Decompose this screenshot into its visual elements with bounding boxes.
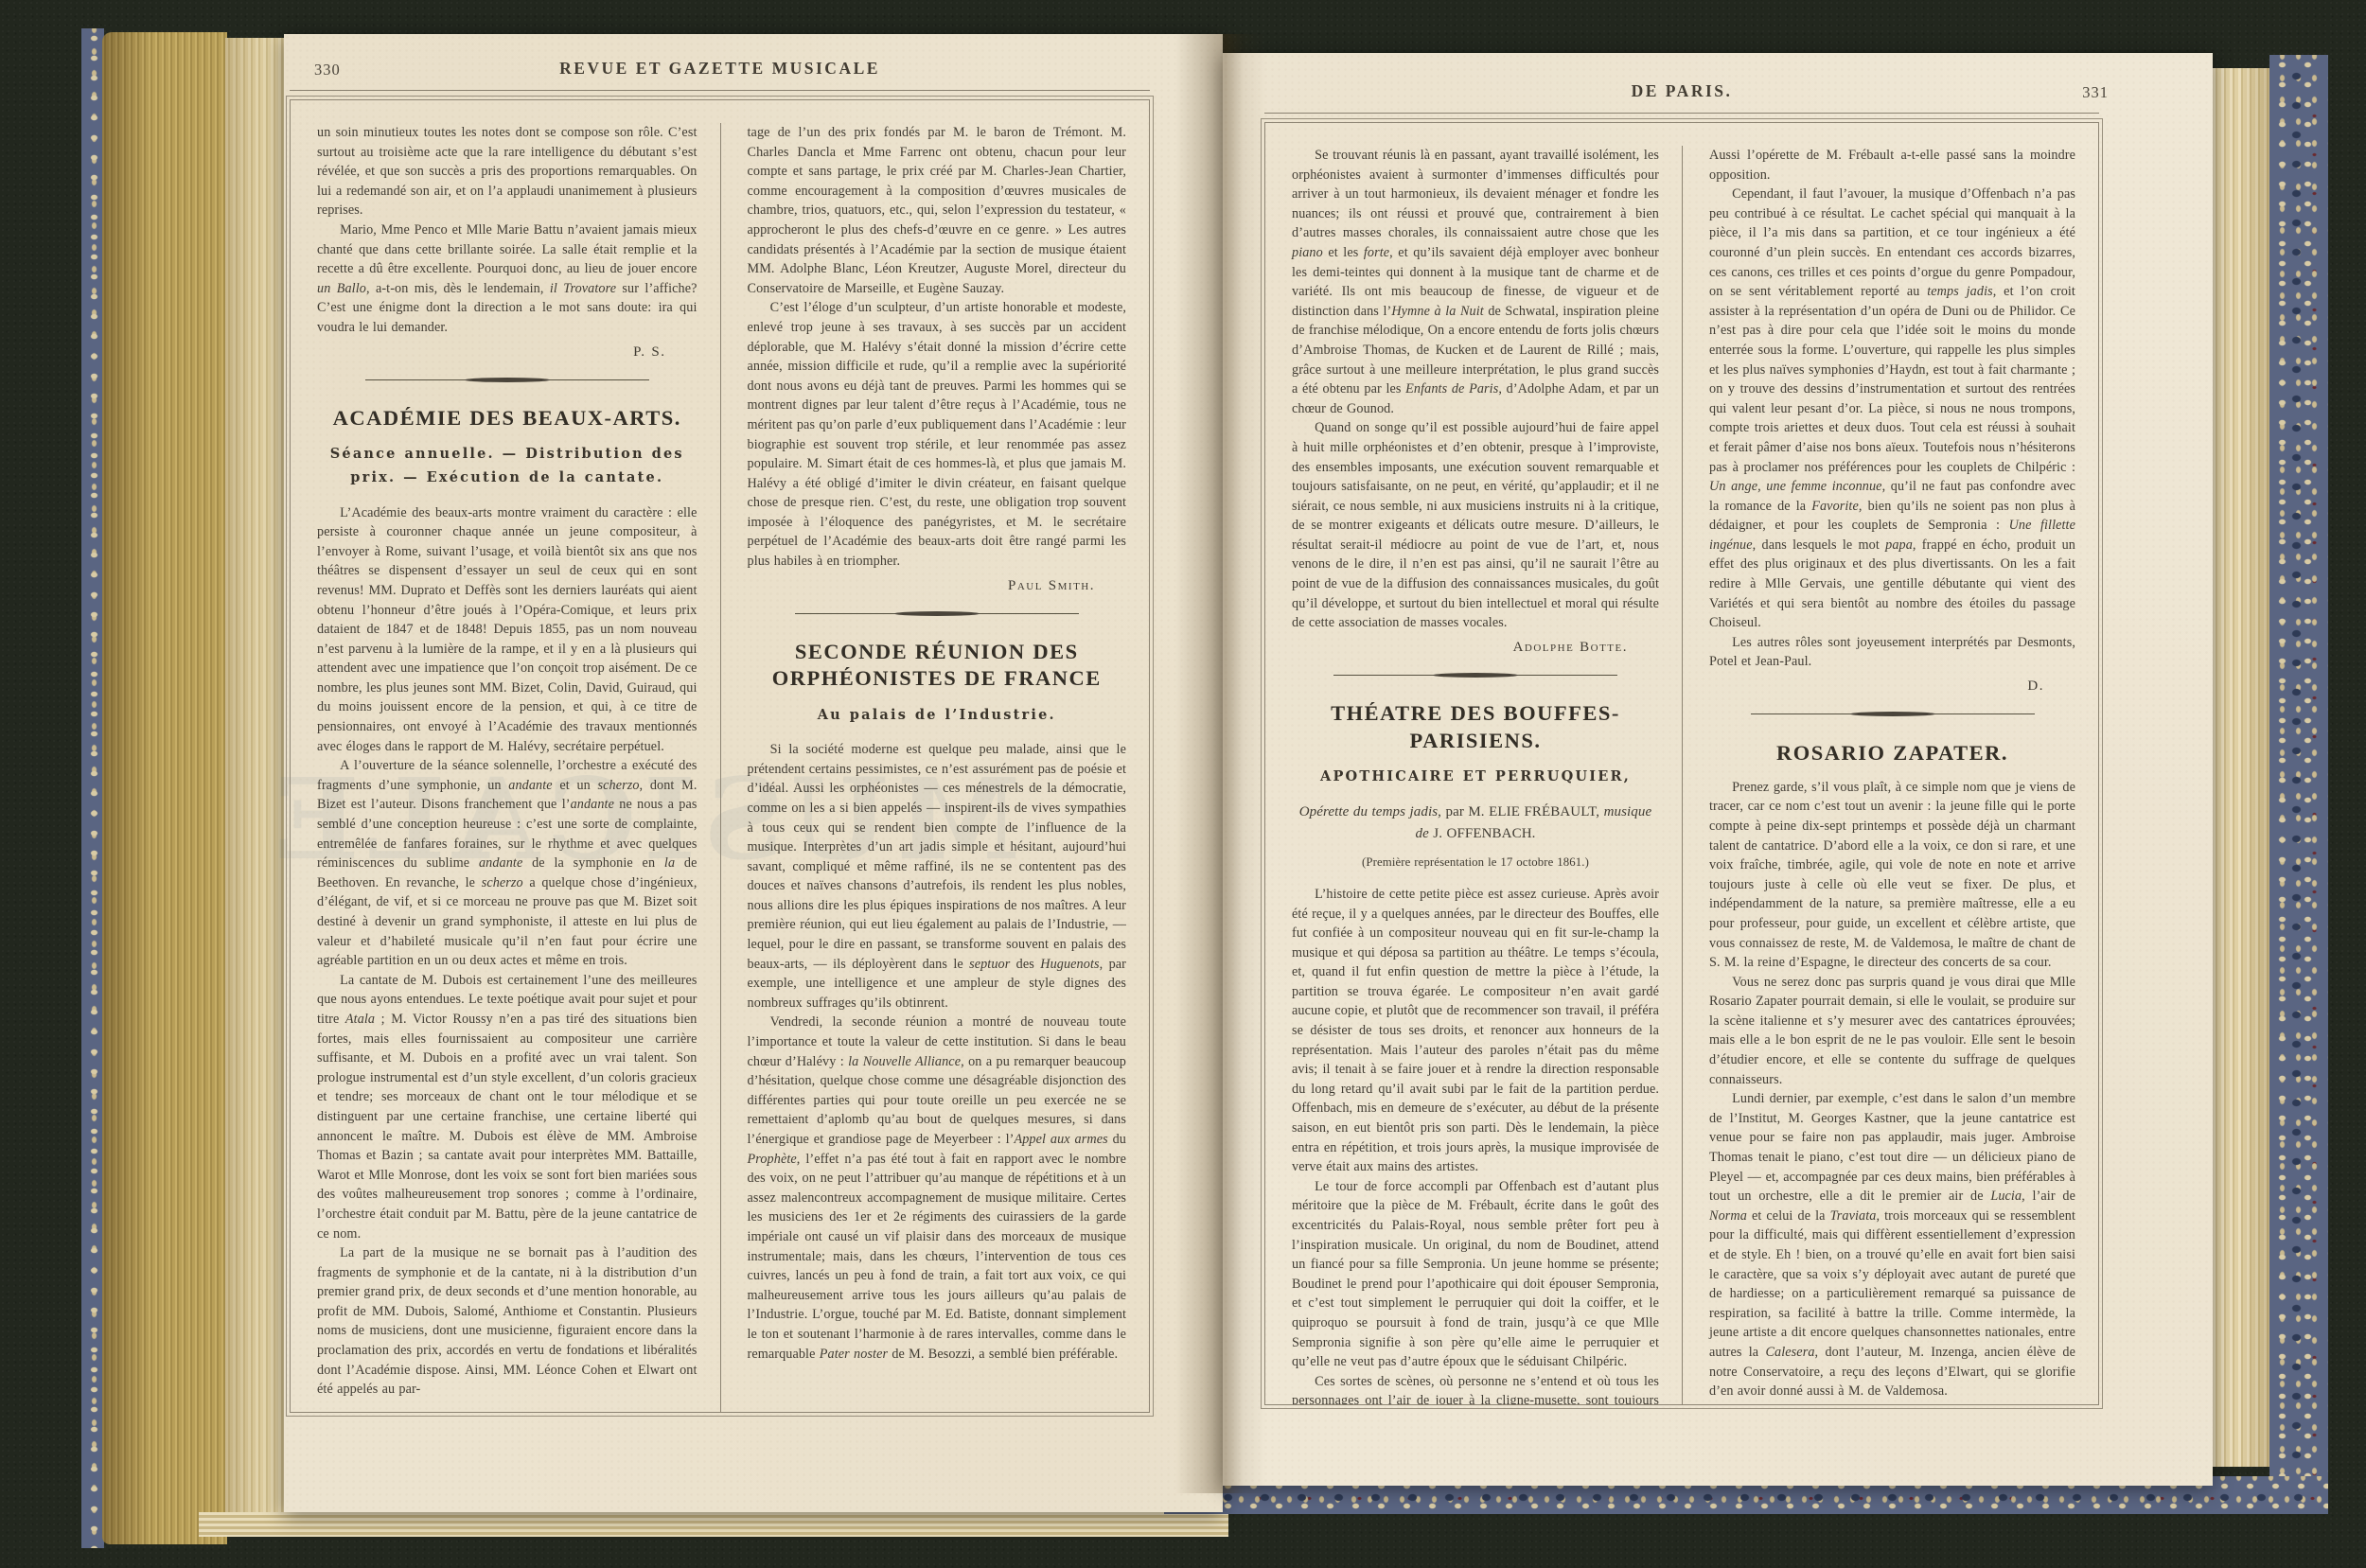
running-header-left: 330 REVUE ET GAZETTE MUSICALE	[290, 59, 1150, 85]
section-divider	[365, 377, 649, 382]
author-signature: Adolphe Botte.	[1292, 638, 1659, 658]
section-divider	[1333, 672, 1617, 678]
photographed-book-scan: { "colors":{"background":"#22271e","pape…	[0, 0, 2366, 1568]
page-number: 330	[314, 61, 341, 79]
running-header-right: DE PARIS. 331	[1264, 81, 2099, 108]
paragraph: Si la société moderne est quelque peu ma…	[748, 740, 1127, 1013]
section-heading: ACADÉMIE DES BEAUX-ARTS.	[317, 405, 697, 432]
paragraph: L’histoire de cette petite pièce est ass…	[1292, 885, 1659, 1177]
page-331: DE PARIS. 331 Se trouvant réunis là en p…	[1223, 53, 2213, 1486]
text-column-2: Aussi l’opérette de M. Frébault a-t-elle…	[1682, 146, 2098, 1404]
author-signature: Paul Smith.	[748, 576, 1127, 596]
section-subheading: APOTHICAIRE ET PERRUQUIER,	[1298, 766, 1653, 789]
paragraph-continuation: un soin minutieux toutes les notes dont …	[317, 123, 697, 220]
page-edges-left-inner	[225, 38, 286, 1533]
paragraph: L’Académie des beaux-arts montre vraimen…	[317, 503, 697, 757]
paragraph: Le tour de force accompli par Offenbach …	[1292, 1177, 1659, 1372]
paragraph: Cependant, il faut l’avouer, la musique …	[1709, 185, 2075, 633]
page-edges-left	[102, 32, 227, 1544]
journal-running-title: DE PARIS.	[1264, 81, 2099, 101]
paragraph: Vendredi, la seconde réunion a montré de…	[748, 1013, 1127, 1364]
journal-running-title: REVUE ET GAZETTE MUSICALE	[290, 59, 1150, 79]
section-subheading: Séance annuelle. — Distribution des prix…	[323, 443, 692, 489]
paragraph: A l’ouverture de la séance solennelle, l…	[317, 756, 697, 971]
page-edges-bottom-left	[199, 1512, 1228, 1537]
section-heading: THÉATRE DES BOUFFES-PARISIENS.	[1292, 700, 1659, 753]
section-divider	[795, 610, 1079, 616]
header-rule	[290, 90, 1150, 91]
text-frame: un soin minutieux toutes les notes dont …	[290, 99, 1150, 1413]
paragraph: Prenez garde, s’il vous plaît, à ce simp…	[1709, 778, 2075, 973]
header-rule	[1264, 113, 2099, 114]
marbled-cover-left-edge	[81, 28, 104, 1548]
paragraph-continuation: Aussi l’opérette de M. Frébault a-t-elle…	[1709, 146, 2075, 185]
premiere-note: (Première représentation le 17 octobre 1…	[1292, 853, 1659, 872]
section-divider	[1751, 712, 2035, 717]
paragraph: Le jugement auquel se soumettait modeste…	[1709, 1401, 2075, 1405]
marbled-cover-right-edge	[2269, 55, 2328, 1488]
section-heading: ROSARIO ZAPATER.	[1709, 740, 2075, 766]
paragraph: Lundi dernier, par exemple, c’est dans l…	[1709, 1089, 2075, 1401]
paragraph: La cantate de M. Dubois est certainement…	[317, 971, 697, 1243]
text-column-1: un soin minutieux toutes les notes dont …	[291, 123, 720, 1412]
page-edges-right	[2213, 68, 2271, 1467]
paragraph-continuation: tage de l’un des prix fondés par M. le b…	[748, 123, 1127, 298]
author-signature: D.	[1709, 677, 2075, 696]
author-signature: P. S.	[317, 343, 697, 362]
paragraph: Se trouvant réunis là en passant, ayant …	[1292, 146, 1659, 418]
paragraph: Vous ne serez donc pas surpris quand je …	[1709, 973, 2075, 1090]
section-subheading: Au palais de l’Industrie.	[753, 704, 1121, 728]
paragraph: Les autres rôles sont joyeusement interp…	[1709, 633, 2075, 672]
text-frame: Se trouvant réunis là en passant, ayant …	[1264, 122, 2099, 1405]
section-heading: SECONDE RÉUNION DES ORPHÉONISTES DE FRAN…	[748, 639, 1127, 692]
paragraph: Quand on songe qu’il est possible aujour…	[1292, 418, 1659, 633]
credit-line: Opérette du temps jadis, par M. ELIE FRÉ…	[1292, 802, 1659, 844]
paragraph: La part de la musique ne se bornait pas …	[317, 1243, 697, 1400]
paragraph: Ces sortes de scènes, où personne ne s’e…	[1292, 1372, 1659, 1405]
page-330: MUSICALE 330 REVUE ET GAZETTE MUSICALE u…	[284, 34, 1223, 1512]
page-number: 331	[2082, 83, 2109, 102]
text-column-1: Se trouvant réunis là en passant, ayant …	[1265, 146, 1682, 1404]
text-column-2: tage de l’un des prix fondés par M. le b…	[720, 123, 1150, 1412]
paragraph: C’est l’éloge d’un sculpteur, d’un artis…	[748, 298, 1127, 571]
paragraph: Mario, Mme Penco et Mlle Marie Battu n’a…	[317, 220, 697, 338]
